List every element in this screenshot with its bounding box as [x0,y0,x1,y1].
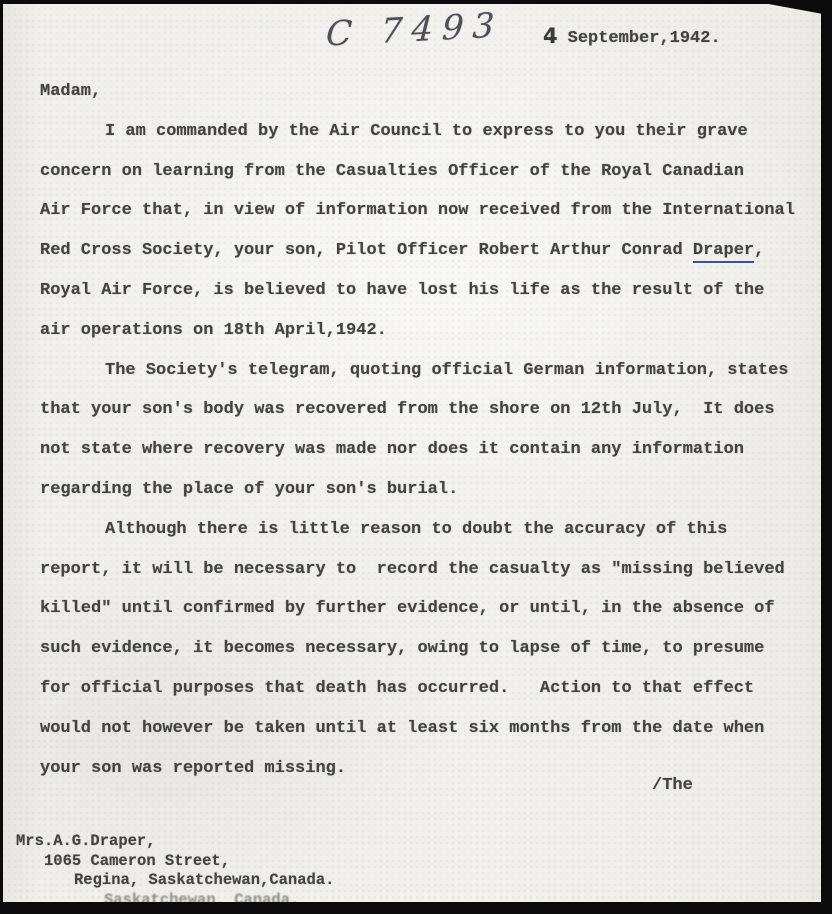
letter-date: 4September,1942. [543,24,721,48]
letter-line: regarding the place of your son's burial… [40,470,830,510]
scan-edge-left [0,0,3,914]
letter-line-text: Red Cross Society, your son, Pilot Offic… [40,241,693,260]
underlined-surname: Draper [693,241,754,263]
letter-body: Madam, I am commanded by the Air Council… [40,72,830,788]
letter-line: Air Force that, in view of information n… [40,191,830,231]
address-line: 1065 Cameron Street, [16,852,334,872]
scanned-letter-page: C 7493 4September,1942. Madam, I am comm… [0,0,832,914]
salutation: Madam, [40,72,830,112]
recipient-address: Mrs.A.G.Draper, 1065 Cameron Street, Reg… [16,832,334,910]
letter-line: that your son's body was recovered from … [40,390,830,430]
address-line: Mrs.A.G.Draper, [16,832,334,852]
scan-edge-bottom [0,902,832,914]
letter-line: your son was reported missing. [40,749,830,789]
handwritten-reference: C 7493 [325,5,504,54]
letter-line: air operations on 18th April,1942. [40,311,830,351]
letter-line: for official purposes that death has occ… [40,669,830,709]
letter-line: Royal Air Force, is believed to have los… [40,271,830,311]
address-line: Regina, Saskatchewan,Canada. [16,871,334,891]
date-day: 4 [543,24,558,48]
letter-line-text: , [754,241,764,260]
date-rest: September,1942. [568,29,721,48]
letter-line: Although there is little reason to doubt… [40,510,830,550]
letter-line: killed" until confirmed by further evide… [40,589,830,629]
letter-line: The Society's telegram, quoting official… [40,351,830,391]
letter-line: report, it will be necessary to record t… [40,550,830,590]
letter-line: Red Cross Society, your son, Pilot Offic… [40,231,830,271]
continuation-mark: /The [652,766,693,806]
letter-line: not state where recovery was made nor do… [40,430,830,470]
letter-line: such evidence, it becomes necessary, owi… [40,629,830,669]
scan-edge-top [0,0,832,4]
letter-line: concern on learning from the Casualties … [40,152,830,192]
letter-line: I am commanded by the Air Council to exp… [40,112,830,152]
scan-edge-corner [763,3,823,14]
letter-line: would not however be taken until at leas… [40,709,830,749]
scan-edge-right [821,0,832,914]
